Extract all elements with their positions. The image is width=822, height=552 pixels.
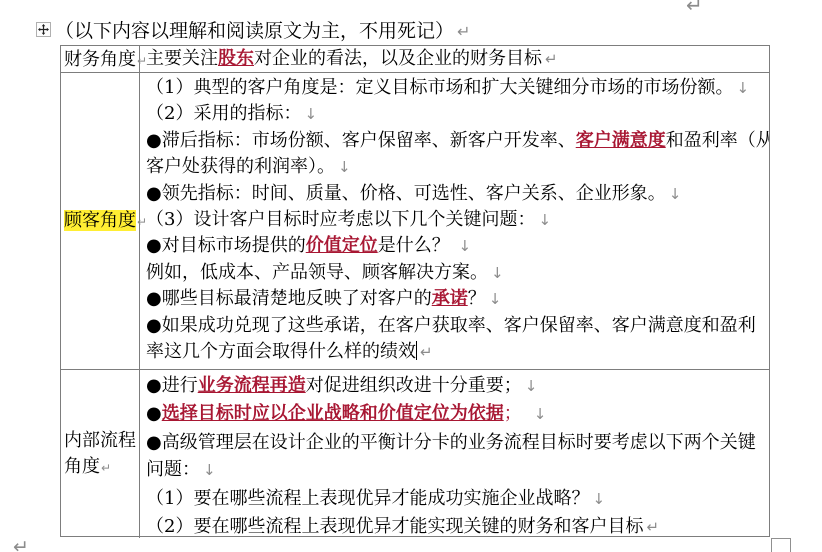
text-line: ●选择目标时应以企业战略和价值定位为依据； ↓	[146, 400, 769, 428]
label-text: 角度	[64, 456, 100, 477]
body-text: ●哪些目标最清楚地反映了对客户的	[146, 288, 432, 309]
content-table: 财务角度↵主要关注股东对企业的看法，以及企业的财务目标↵顾客角度↵（1）典型的客…	[60, 45, 770, 537]
top-paragraph-mark: ↵	[686, 0, 703, 17]
soft-break-mark: ↓	[525, 377, 538, 395]
table-resize-handle[interactable]	[771, 538, 791, 552]
row-label-line: 财务角度↵	[64, 47, 139, 74]
label-text: 内部流程	[64, 430, 136, 451]
text-line: ●哪些目标最清楚地反映了对客户的承诺？↓	[146, 286, 769, 312]
body-text: ●	[146, 403, 162, 424]
body-text: 对企业的看法，以及企业的财务目标	[254, 48, 542, 69]
text-line: 例如，低成本、产品领导、顾客解决方案。↓	[146, 260, 769, 286]
body-text: 例如，低成本、产品领导、顾客解决方案。	[146, 262, 488, 283]
body-text: ●对目标市场提供的	[146, 235, 306, 256]
row-label-line: 内部流程	[64, 428, 139, 454]
body-text: 对促进组织改进十分重要；	[306, 375, 522, 396]
text-line: ●滞后指标：市场份额、客户保留率、新客户开发率、客户满意度和盈利率（从	[146, 128, 769, 154]
text-line: 率这几个方面会取得什么样的绩效↵	[146, 339, 769, 365]
text-line: （1）典型的客户角度是：定义目标市场和扩大关键细分市场的市场份额。↓	[146, 75, 769, 101]
emphasis-text: 客户满意度	[576, 130, 666, 151]
paragraph-mark: ↵	[646, 518, 659, 536]
emphasis-text: ；	[504, 403, 513, 424]
text-caret	[416, 341, 417, 360]
body-text: （3）设计客户目标时应考虑以下几个关键问题：	[146, 209, 535, 230]
soft-break-mark: ↓	[304, 105, 317, 123]
emphasis-text: 股东	[218, 48, 254, 69]
emphasis-text: 承诺	[432, 288, 468, 309]
highlighted-label-text: 顾客角度	[64, 210, 136, 231]
soft-break-mark: ↓	[489, 290, 502, 308]
table-move-handle[interactable]	[36, 22, 51, 37]
body-text: （2）要在哪些流程上表现优异才能实现关键的财务和客户目标	[146, 516, 643, 537]
cell-end-mark: ↵	[101, 461, 111, 475]
text-line: 问题：↓	[146, 456, 769, 484]
emphasis-text: 价值定位	[306, 235, 378, 256]
soft-break-mark: ↓	[538, 211, 551, 229]
text-line: （2）要在哪些流程上表现优异才能实现关键的财务和客户目标↵	[146, 513, 769, 538]
text-line: （1）要在哪些流程上表现优异才能成功实施企业战略？↓	[146, 485, 769, 513]
body-text: 率这几个方面会取得什么样的绩效	[146, 341, 416, 362]
emphasis-text: 选择目标时应以企业战略和价值定位为依据	[162, 403, 504, 424]
text-line: ●对目标市场提供的价值定位是什么？ ↓	[146, 233, 769, 259]
body-text: （1）要在哪些流程上表现优异才能成功实施企业战略？	[146, 488, 589, 509]
paragraph-mark: ↵	[545, 50, 558, 68]
intro-text: （以下内容以理解和阅读原文为主，不用死记）	[55, 20, 454, 42]
emphasis-text: 业务流程再造	[198, 375, 306, 396]
body-text: （1）典型的客户角度是：定义目标市场和扩大关键细分市场的市场份额。	[146, 77, 733, 98]
row-label-cell[interactable]: 财务角度↵	[61, 46, 140, 72]
body-text: 和盈利率（从	[666, 130, 769, 151]
content-cell[interactable]: 主要关注股东对企业的看法，以及企业的财务目标↵	[140, 46, 769, 72]
text-line: ●高级管理层在设计企业的平衡计分卡的业务流程目标时要考虑以下两个关键	[146, 429, 769, 456]
soft-break-mark: ↓	[458, 237, 471, 255]
paragraph-mark: ↵	[457, 22, 470, 41]
move-arrows-icon	[38, 24, 49, 35]
body-text: 问题：	[146, 459, 200, 480]
text-line: ●如果成功兑现了这些承诺，在客户获取率、客户保留率、客户满意度和盈利	[146, 313, 769, 339]
body-text: 主要关注	[146, 48, 218, 69]
row-label-line: 顾客角度↵	[64, 208, 139, 235]
text-line: ●领先指标：时间、质量、价格、可选性、客户关系、企业形象。↓	[146, 181, 769, 207]
content-cell[interactable]: （1）典型的客户角度是：定义目标市场和扩大关键细分市场的市场份额。↓（2）采用的…	[140, 73, 769, 369]
table-row: 顾客角度↵（1）典型的客户角度是：定义目标市场和扩大关键细分市场的市场份额。↓（…	[61, 73, 769, 370]
row-label-line: 角度↵	[64, 454, 139, 481]
body-text	[513, 403, 531, 424]
soft-break-mark: ↓	[203, 461, 216, 479]
text-line: （3）设计客户目标时应考虑以下几个关键问题：↓	[146, 207, 769, 233]
body-text: ？	[468, 288, 486, 309]
body-text: ●如果成功兑现了这些承诺，在客户获取率、客户保留率、客户满意度和盈利	[146, 315, 756, 336]
row-label-cell[interactable]: 内部流程角度↵	[61, 370, 140, 538]
body-text: ●领先指标：时间、质量、价格、可选性、客户关系、企业形象。	[146, 183, 666, 204]
soft-break-mark: ↓	[338, 158, 351, 176]
soft-break-mark: ↓	[669, 185, 682, 203]
body-text: 客户处获得的利润率）。	[146, 156, 335, 177]
soft-break-mark: ↓	[534, 405, 547, 423]
body-text: ●高级管理层在设计企业的平衡计分卡的业务流程目标时要考虑以下两个关键	[146, 432, 756, 453]
text-line: 主要关注股东对企业的看法，以及企业的财务目标↵	[146, 47, 769, 71]
body-text: ●滞后指标：市场份额、客户保留率、新客户开发率、	[146, 130, 576, 151]
soft-break-mark: ↓	[592, 490, 605, 508]
soft-break-mark: ↓	[736, 79, 749, 97]
document-page: { "page": { "intro_text": "（以下内容以理解和阅读原文…	[0, 0, 822, 552]
text-line: （2）采用的指标：↓	[146, 101, 769, 127]
row-label-cell[interactable]: 顾客角度↵	[61, 73, 140, 369]
intro-paragraph: （以下内容以理解和阅读原文为主，不用死记）↵	[55, 16, 470, 43]
soft-break-mark: ↓	[491, 264, 504, 282]
bottom-paragraph-mark: ↵	[13, 536, 29, 552]
table-row: 财务角度↵主要关注股东对企业的看法，以及企业的财务目标↵	[61, 46, 769, 73]
body-text: （2）采用的指标：	[146, 103, 301, 124]
text-line: 客户处获得的利润率）。↓	[146, 154, 769, 180]
text-line: ●进行业务流程再造对促进组织改进十分重要；↓	[146, 372, 769, 400]
body-text: ●进行	[146, 375, 198, 396]
body-text: 是什么？	[378, 235, 456, 256]
table-row: 内部流程角度↵●进行业务流程再造对促进组织改进十分重要；↓●选择目标时应以企业战…	[61, 370, 769, 538]
content-cell[interactable]: ●进行业务流程再造对促进组织改进十分重要；↓●选择目标时应以企业战略和价值定位为…	[140, 370, 769, 538]
paragraph-mark: ↵	[420, 343, 433, 361]
label-text: 财务角度	[64, 49, 136, 70]
